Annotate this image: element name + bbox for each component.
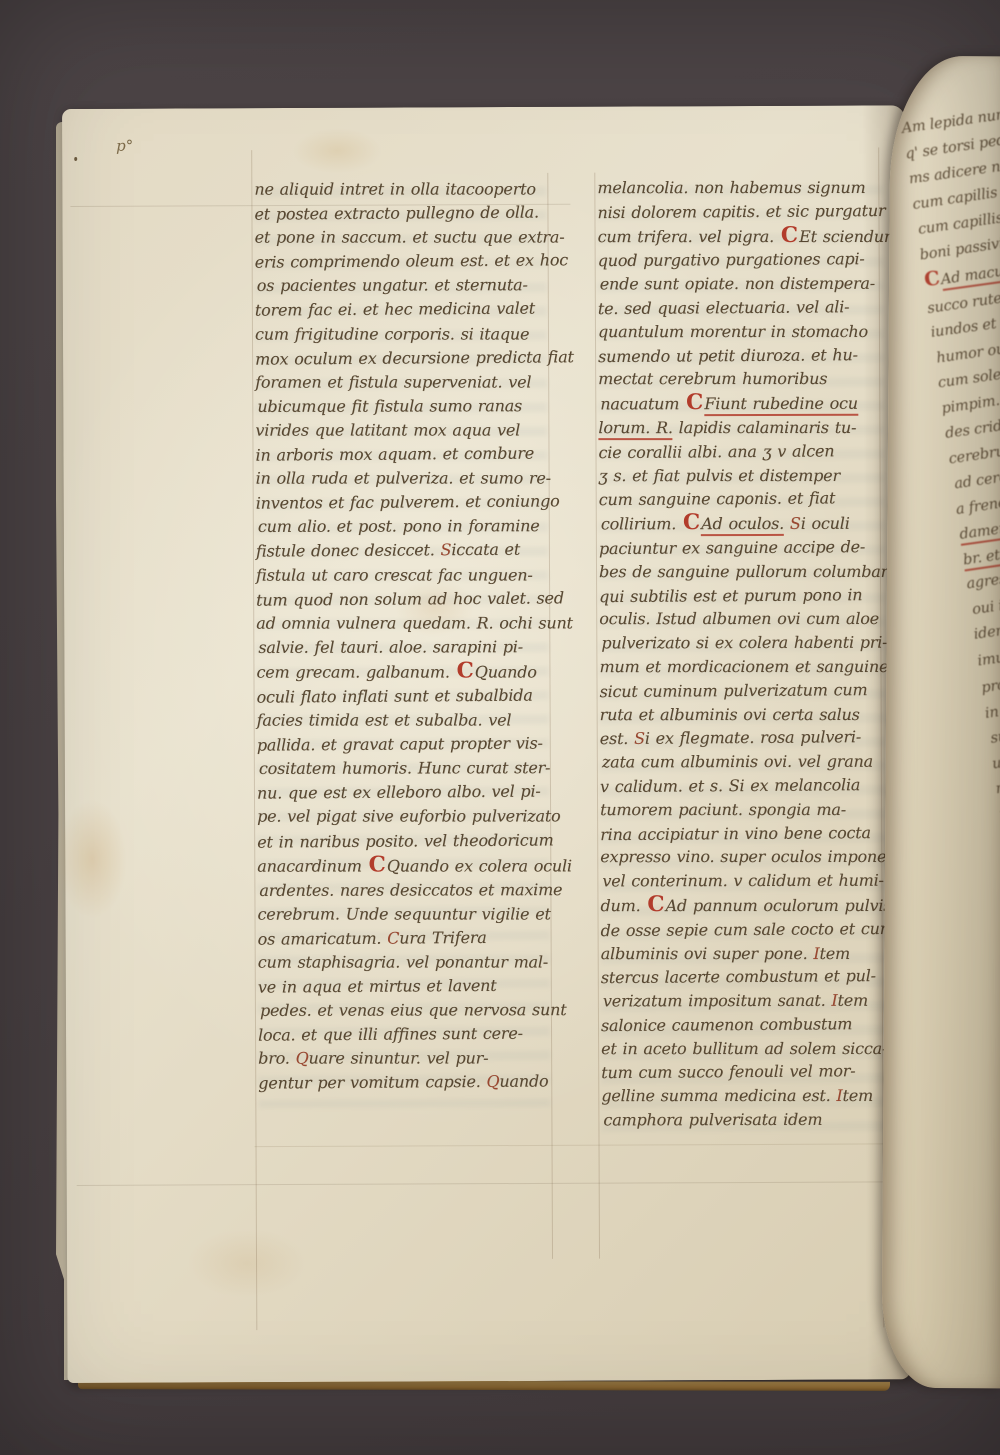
manuscript-line: inventos et fac pulverem. et coniungo [256,490,552,516]
text-run: Quando ex colera oculi [387,856,572,875]
manuscript-line: bro. Quare sinuntur. vel pur- [258,1047,554,1071]
text-run: gelline summa medicina est. [601,1086,836,1105]
text-run: loca. et que illi affines sunt cere- [258,1024,523,1045]
manuscript-line: nisi dolorem capitis. et sic purgatur [597,199,887,225]
text-run: cum sanguine caponis. et fiat [599,489,836,510]
text-run: nacuatum [600,394,685,413]
rubricated-capital: C [387,928,399,947]
manuscript-line: sicut cuminum pulverizatum cum [599,678,889,704]
manuscript-line: cie corallii albi. ana ʒ v alcen [598,439,888,465]
manuscript-line: te. sed quasi electuaria. vel ali- [598,295,888,321]
text-run: tem [819,943,849,962]
manuscript-line: nacuatum CFiunt rubedine ocu [600,391,890,417]
text-run: eris comprimendo oleum est. et ex hoc [255,251,568,272]
text-run: ne aliquid intret in olla itacooperto [254,179,535,198]
text-run: paciuntur ex sanguine accipe de- [599,537,865,558]
manuscript-line: ʒ s. et fiat pulvis et distemper [599,464,889,488]
manuscript-line: camphora pulverisata idem [603,1108,893,1133]
manuscript-line: cum frigitudine corporis. si itaque [255,322,551,346]
manuscript-line: in arboris mox aquam. et combure [255,441,551,467]
text-run: quod purgativo purgationes capi- [598,250,865,271]
manuscript-line: de osse sepie cum sale cocto et cum [601,917,891,943]
manuscript-line: pulverizato si ex colera habenti pri- [601,631,891,656]
text-run: torem fac ei. et hec medicina valet [255,299,535,320]
rubricated-capital: Q [486,1072,499,1091]
text-run: prodest. [980,672,1000,697]
rubricated-underlined-text: Fiunt rubedine ocu [704,394,858,416]
text-run: os pacientes ungatur. et sternuta- [257,276,528,296]
text-run: ad omnia vulnera quedam. R. ochi sunt [256,613,573,632]
text-run: vel conterinum. v calidum et humi- [602,871,883,891]
rubricated-underlined-text: Ad oculos. [701,514,784,536]
manuscript-line: facies timida est et subalba. vel [257,708,553,732]
manuscript-line: in olla ruda et pulveriza. et sumo re- [256,467,552,491]
manuscript-line: anacardinum CQuando ex colera oculi [257,853,553,878]
manuscript-line: cerebrum. Unde sequuntur vigilie et [258,902,554,926]
manuscript-line: oculi flato inflati sunt et subalbida [256,683,552,709]
manuscript-line: cositatem humoris. Hunc curat ster- [259,756,555,781]
text-run: nisi dolorem capitis. et sic purgatur [597,201,885,222]
text-run: foramen et fistula superveniat. vel [255,372,531,391]
text-run: zata cum albuminis ovi. vel grana [602,752,873,772]
manuscript-line: verizatum impositum sanat. Item [603,989,893,1014]
manuscript-line: cum staphisagria. vel ponantur mal- [258,950,554,974]
text-run: uando [499,1072,548,1091]
text-run: et in naribus posito. vel theodoricum [257,830,553,851]
manuscript-line: ardentes. nares desiccatos et maxime [259,878,555,903]
manuscript-line: ve in aqua et mirtus et lavent [258,973,554,999]
text-run: albuminis ovi super pone. [601,943,814,962]
rubric-paragraph-mark: C [683,510,699,535]
parchment-stain [292,128,382,174]
text-run: salvie. fel tauri. aloe. sarapini pi- [258,637,523,657]
manuscript-line: salonice caumenon combustum [601,1012,891,1038]
manuscript-line: salvie. fel tauri. aloe. sarapini pi- [258,635,554,660]
text-run: nu. que est ex elleboro albo. vel pi- [257,782,541,803]
manuscript-line: melancolia. non habemus signum [597,176,887,200]
manuscript-line: ad omnia vulnera quedam. R. ochi sunt [256,611,552,635]
manuscript-line: sumendo ut petit diuroza. et hu- [598,343,888,369]
text-run: sicut cuminum pulverizatum cum [599,680,867,701]
text-run: stercus lacerte combustum et pul- [601,966,876,987]
text-run: tum quod non solum ad hoc valet. sed [256,588,564,609]
manuscript-line: ende sunt opiate. non distempera- [600,272,890,297]
manuscript-line: quod purgativo purgationes capi- [598,247,888,273]
manuscript-line: pe. vel pigat sive euforbio pulverizato [257,805,553,829]
parchment-stain [187,1228,307,1299]
manuscript-photo: p° ne aliquid intret in olla itacooperto… [0,0,1000,1455]
manuscript-line: albuminis ovi super pone. Item [601,941,891,965]
text-run: quantulum morentur in stomacho [598,322,868,341]
manuscript-verso-page: p° ne aliquid intret in olla itacooperto… [62,105,911,1383]
rubricated-underlined-text: lorum. R. [598,418,672,440]
manuscript-line: tum quod non solum ad hoc valet. sed [256,586,552,612]
text-run: uare sinuntur. vel pur- [308,1049,488,1068]
text-run: Ad pannum oculorum pulvis [666,896,892,915]
manuscript-line: et in naribus posito. vel theodoricum [257,828,553,854]
text-run: dum. [600,896,646,915]
manuscript-line: stercus lacerte combustum et pul- [601,964,891,990]
text-run: cie corallii albi. ana ʒ v alcen [598,441,834,462]
text-run: facies timida est et subalba. vel [257,711,512,730]
manuscript-line: expresso vino. super oculos impone [600,845,890,869]
text-run: mectat cerebrum humoribus [598,369,827,388]
text-run: camphora pulverisata idem [603,1110,822,1130]
rubric-paragraph-mark: C [457,658,473,683]
text-run: rina accipiatur in vino bene cocta [600,823,871,844]
text-run: ubicumque fit fistula sumo ranas [257,396,522,416]
manuscript-line: mectat cerebrum humoribus [598,367,888,391]
manuscript-line: pedes. et venas eius que nervosa sunt [260,998,556,1023]
folio-mark: p° [116,137,133,155]
text-run: i oculi [801,514,850,533]
text-run: mox oculum ex decursione predicta fiat [255,347,574,368]
rubricated-capital: S [790,514,801,533]
text-run: cum frigitudine corporis. si itaque [255,324,529,343]
ink-speck [74,157,77,161]
manuscript-line: gentur per vomitum capsie. Quando [258,1070,554,1096]
manuscript-line: loca. et que illi affines sunt cere- [258,1022,554,1048]
manuscript-line: collirium. CAd oculos. Si oculi [601,511,891,537]
text-run: est. [600,729,634,748]
text-run: cum staphisagria. vel ponantur mal- [258,952,548,971]
manuscript-line: ubicumque fit fistula sumo ranas [257,394,553,419]
text-run: sumendo ut petit diuroza. et hu- [598,345,858,366]
manuscript-line: cum trifera. vel pigra. CEt sciendum [598,224,888,249]
text-run: qui subtilis est et purum pono in [599,585,862,606]
manuscript-line: ne aliquid intret in olla itacooperto [254,177,550,201]
manuscript-line: os pacientes ungatur. et sternuta- [257,273,553,298]
text-run: virides que latitant mox aqua vel [255,420,520,439]
manuscript-line: lorum. R. lapidis calaminaris tu- [598,416,888,440]
left-text-column: ne aliquid intret in olla itacoopertoet … [254,177,554,1096]
manuscript-line: foramen et fistula superveniat. vel [255,370,551,394]
text-run: expresso vino. super oculos impone [600,847,886,866]
text-run: salonice caumenon combustum [601,1014,852,1035]
manuscript-line: eris comprimendo oleum est. et ex hoc [255,249,551,275]
manuscript-line: et pone in saccum. et suctu que extra- [255,226,551,250]
text-run: ura Trifera [399,928,487,948]
text-run: de osse sepie cum sale cocto et cum [601,919,895,940]
text-run: oculi flato inflati sunt et subalbida [256,686,532,707]
text-run: i ex flegmate. rosa pulveri- [645,727,861,748]
crease-line [77,1181,897,1186]
manuscript-line: vel conterinum. v calidum et humi- [602,869,892,894]
text-run: et pone in saccum. et suctu que extra- [255,228,565,247]
manuscript-line: et in aceto bullitum ad solem sicca- [601,1037,891,1061]
manuscript-line: paciuntur ex sanguine accipe de- [599,535,889,561]
text-run: pulverizato si ex colera habenti pri- [601,633,887,653]
text-run: v calidum. et s. Si ex melancolia [600,775,860,796]
manuscript-line: nu. que est ex elleboro albo. vel pi- [257,780,553,806]
text-run: iccata et [451,540,520,560]
manuscript-line: v calidum. et s. Si ex melancolia [600,773,890,799]
rubric-paragraph-mark: C [781,223,797,248]
rubric-paragraph-mark: C [923,267,941,292]
text-run: anacardinum [257,856,367,875]
manuscript-line: et postea extracto pullegno de olla. [254,200,550,226]
rubric-paragraph-mark: C [369,852,385,877]
manuscript-line: os amaricatum. Cura Trifera [258,925,554,951]
text-run: ende sunt opiate. non distempera- [600,274,875,294]
manuscript-line: quantulum morentur in stomacho [598,320,888,344]
text-run: et in aceto bullitum ad solem sicca- [601,1039,887,1058]
text-run: et postea extracto pullegno de olla. [254,203,539,224]
manuscript-line: rina accipiatur in vino bene cocta [600,820,890,846]
text-run: inventos et fac pulverem. et coniungo [256,492,560,513]
rubricated-capital: S [440,541,451,560]
manuscript-line: dum. CAd pannum oculorum pulvis [600,893,890,918]
rubric-paragraph-mark: C [647,892,663,917]
text-run: bro. [258,1049,295,1068]
text-run: fistule donec desiccet. [256,541,441,561]
text-run: cem grecam. galbanum. [256,662,455,681]
text-run: pe. vel pigat sive euforbio pulverizato [257,807,560,826]
rubric-paragraph-mark: C [686,390,702,415]
manuscript-line: gelline summa medicina est. Item [601,1084,891,1108]
manuscript-line: virides que latitant mox aqua vel [255,418,551,442]
manuscript-line: tumorem paciunt. spongia ma- [600,798,890,822]
manuscript-line: oculis. Istud albumen ovi cum aloe [599,607,889,631]
text-run: pedes. et venas eius que nervosa sunt [260,1000,567,1020]
text-run: verizatum impositum sanat. [603,991,832,1011]
text-run: tumorem paciunt. spongia ma- [600,800,846,819]
text-run: oculis. Istud albumen ovi cum aloe [599,609,879,628]
fore-edge-leaf: Am lepida numorq' se torsi pediculems ad… [881,56,1000,1389]
manuscript-line: torem fac ei. et hec medicina valet [255,297,551,323]
text-run: tem [838,991,869,1010]
manuscript-line: tum cum succo fenouli vel mor- [601,1059,891,1085]
text-run: cum alio. et post. pono in foramine [258,516,540,536]
text-run: gentur per vomitum capsie. [258,1072,486,1093]
text-run: te. sed quasi electuaria. vel ali- [598,297,850,318]
manuscript-line: cem grecam. galbanum. CQuando [256,659,552,684]
manuscript-line: cum alio. et post. pono in foramine [258,514,554,539]
rubricated-capital: S [634,729,645,748]
text-run: lapidis calaminaris tu- [673,418,856,437]
manuscript-line: cum sanguine caponis. et fiat [599,486,889,512]
text-run: ruta et albuminis ovi certa salus [600,704,860,723]
fore-edge-text-column: Am lepida numorq' se torsi pediculems ad… [900,81,1000,1183]
text-run: cerebrum. Unde sequuntur vigilie et [258,904,551,923]
manuscript-line: pallida. et gravat caput propter vis- [257,732,553,758]
manuscript-line: ruta et albuminis ovi certa salus [600,702,890,726]
text-run: Quando [475,662,537,681]
text-run: ʒ s. et fiat pulvis et distemper [599,466,840,485]
text-run: tum cum succo fenouli vel mor- [601,1062,855,1083]
text-run: in arboris mox aquam. et combure [255,444,534,465]
rubricated-capital: Q [296,1049,309,1068]
text-run: ve in aqua et mirtus et lavent [258,976,497,997]
manuscript-line: fistula ut caro crescat fac unguen- [256,563,552,587]
text-run: cum trifera. vel pigra. [598,227,780,246]
text-run: pallida. et gravat caput propter vis- [257,734,543,755]
text-run: ardentes. nares desiccatos et maxime [259,880,562,900]
text-run: mum et mordicacionem et sanguinem [599,657,903,676]
text-run: in olla ruda et pulveriza. et sumo re- [256,469,551,488]
text-run: cositatem humoris. Hunc curat ster- [259,758,550,778]
manuscript-line: mum et mordicacionem et sanguinem [599,655,889,679]
manuscript-line: bes de sanguine pullorum columbarum [599,560,889,584]
right-text-column: melancolia. non habemus signumnisi dolor… [597,175,891,1132]
text-run: os amaricatum. [258,929,388,949]
text-run: collirium. [601,514,682,533]
manuscript-line: qui subtilis est et purum pono in [599,582,889,608]
text-run: fistula ut caro crescat fac unguen- [256,565,533,584]
manuscript-line: est. Si ex flegmate. rosa pulveri- [600,725,890,751]
manuscript-line: mox oculum ex decursione predicta fiat [255,345,551,371]
manuscript-line: fistule donec desiccet. Siccata et [256,538,552,564]
parchment-stain [57,799,128,919]
ruling-line [255,1143,885,1147]
text-run: melancolia. non habemus signum [597,178,865,197]
manuscript-line: zata cum albuminis ovi. vel grana [602,750,892,775]
